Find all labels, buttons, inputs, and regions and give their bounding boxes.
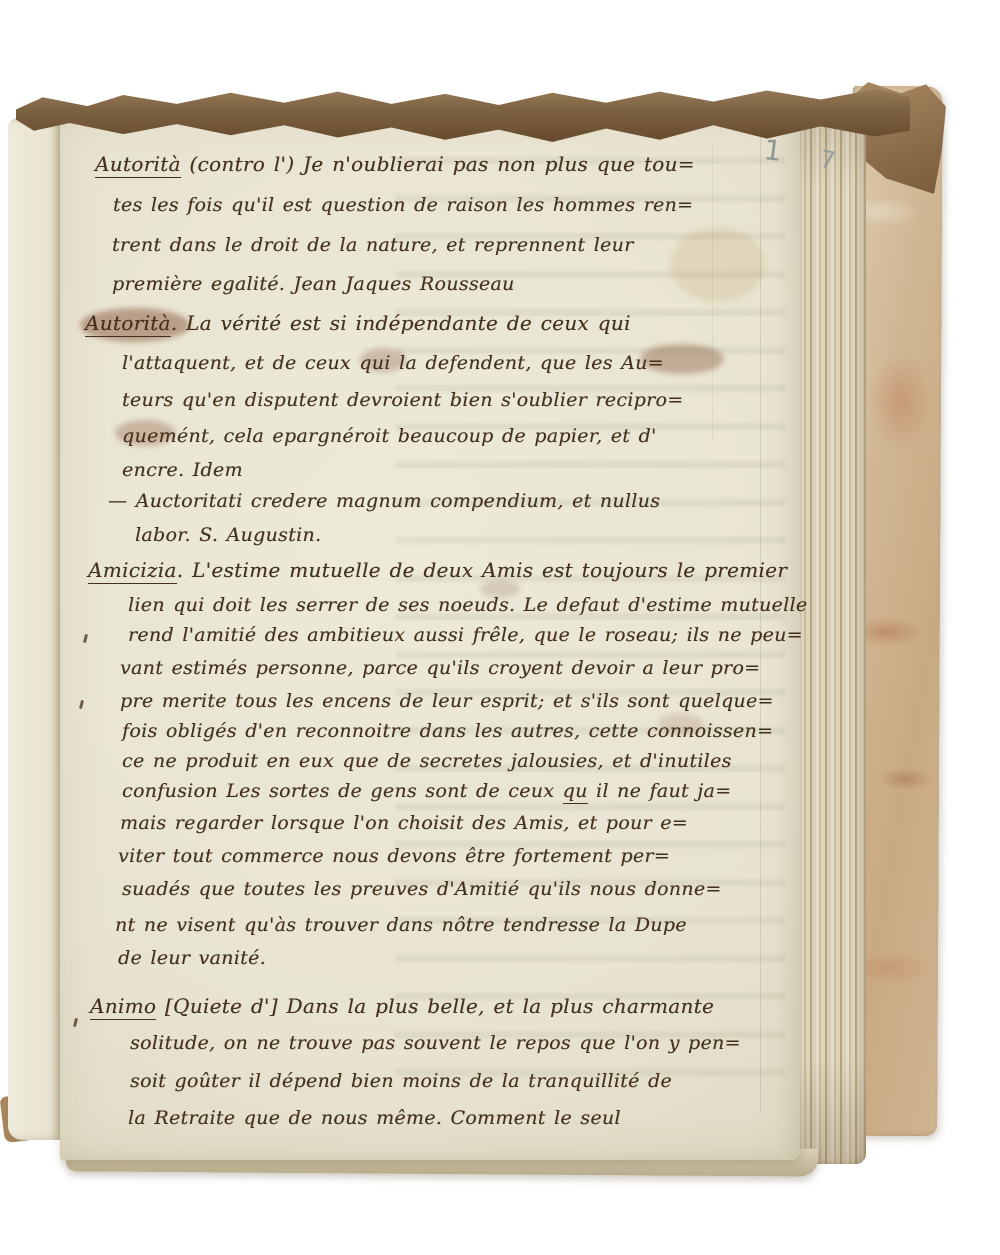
manuscript-line: confusion Les sortes de gens sont de ceu…	[122, 780, 731, 802]
manuscript-line: Amicizia. L'estime mutuelle de deux Amis…	[88, 558, 787, 582]
page-crease	[760, 132, 761, 1112]
manuscript-line: Autorità. La vérité est si indépendante …	[85, 311, 631, 335]
manuscript-line: la Retraite que de nous même. Comment le…	[128, 1107, 621, 1129]
manuscript-line: Autorità (contro l') Je n'oublierai pas …	[95, 152, 695, 176]
left-page-edge	[8, 118, 66, 1140]
manuscript-line: pre merite tous les encens de leur espri…	[120, 690, 774, 712]
manuscript-line: nt ne visent qu'às trouver dans nôtre te…	[115, 914, 687, 936]
manuscript-line: fois obligés d'en reconnoitre dans les a…	[122, 720, 773, 742]
manuscript-line: — Auctoritati credere magnum compendium,…	[108, 490, 660, 512]
manuscript-line: rend l'amitié des ambitieux aussi frêle,…	[128, 624, 803, 646]
manuscript-line: quemént, cela epargnéroit beaucoup de pa…	[122, 425, 657, 447]
manuscript-line: teurs qu'en disputent devroient bien s'o…	[122, 389, 683, 411]
manuscript-line: lien qui doit les serrer de ses noeuds. …	[128, 594, 807, 616]
margin-mark	[83, 634, 88, 643]
manuscript-line: encre. Idem	[122, 459, 243, 481]
manuscript-line: solitude, on ne trouve pas souvent le re…	[130, 1032, 741, 1054]
manuscript-line: viter tout commerce nous devons être for…	[118, 845, 670, 867]
manuscript-line: première egalité. Jean Jaques Rousseau	[112, 273, 515, 295]
margin-mark	[79, 700, 84, 709]
margin-mark	[73, 1018, 78, 1027]
page-crease	[712, 140, 713, 440]
manuscript-line: vant estimés personne, parce qu'ils croy…	[120, 657, 760, 679]
manuscript-line: ce ne produit en eux que de secretes jal…	[122, 750, 732, 772]
manuscript-line: labor. S. Augustin.	[135, 524, 321, 546]
manuscript-page: Autorità (contro l') Je n'oublierai pas …	[60, 112, 800, 1160]
manuscript-line: suadés que toutes les preuves d'Amitié q…	[122, 878, 722, 900]
manuscript-line: trent dans le droit de la nature, et rep…	[112, 234, 634, 256]
manuscript-line: l'attaquent, et de ceux qui la defendent…	[122, 352, 664, 374]
manuscript-line: de leur vanité.	[118, 947, 266, 969]
paper-stain	[670, 227, 765, 302]
manuscript-line: soit goûter il dépend bien moins de la t…	[130, 1070, 672, 1092]
manuscript-line: tes les fois qu'il est question de raiso…	[113, 194, 693, 216]
manuscript-line: Animo [Quiete d'] Dans la plus belle, et…	[90, 994, 714, 1018]
manuscript-line: mais regarder lorsque l'on choisit des A…	[120, 812, 688, 834]
manuscript-photo: 7 Autorità (contro l') Je n'oublierai pa…	[0, 0, 1000, 1255]
